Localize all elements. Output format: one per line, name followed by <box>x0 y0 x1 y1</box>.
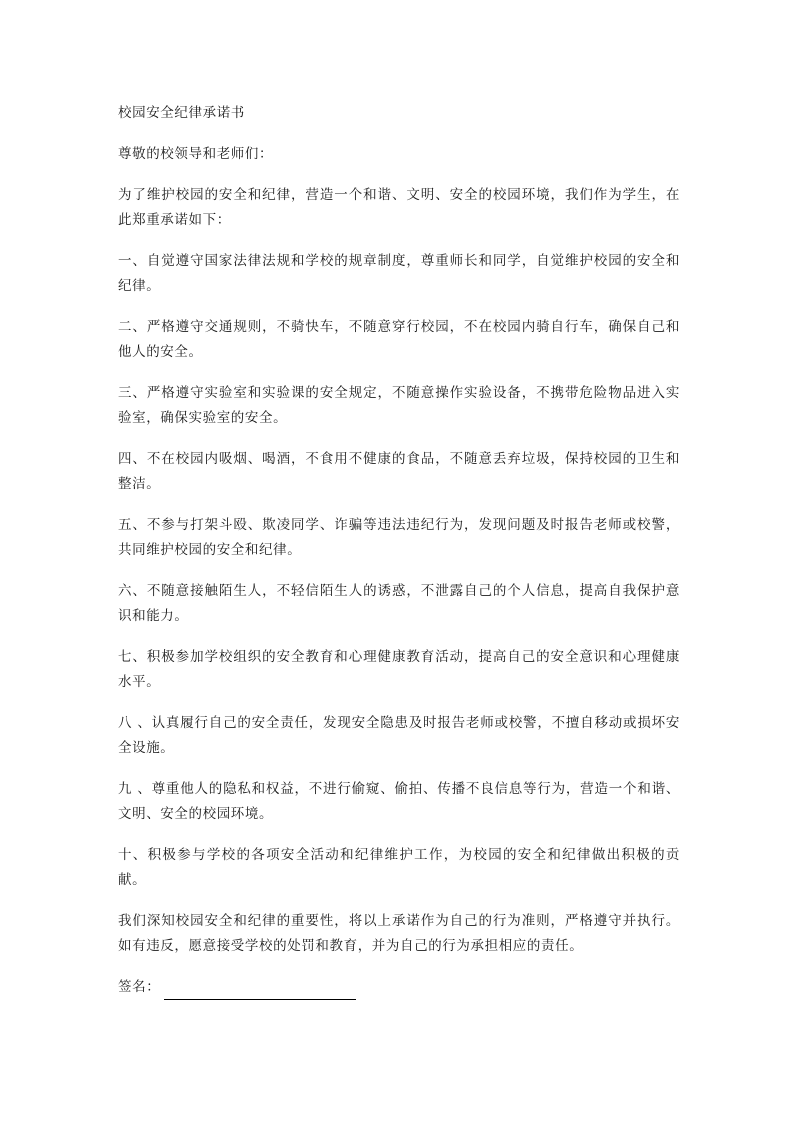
pledge-item-7: 七、积极参加学校组织的安全教育和心理健康教育活动，提高自己的安全意识和心理健康水… <box>118 645 680 695</box>
document-title: 校园安全纪律承诺书 <box>118 101 680 126</box>
pledge-item-2: 二、严格遵守交通规则，不骑快车，不随意穿行校园，不在校园内骑自行车，确保自己和他… <box>118 315 680 365</box>
closing-paragraph: 我们深知校园安全和纪律的重要性，将以上承诺作为自己的行为准则，严格遵守并执行。如… <box>118 909 680 959</box>
pledge-item-4: 四、不在校园内吸烟、喝酒，不食用不健康的食品，不随意丢弃垃圾，保持校园的卫生和整… <box>118 447 680 497</box>
pledge-item-5: 五、不参与打架斗殴、欺凌同学、诈骗等违法违纪行为，发现问题及时报告老师或校警，共… <box>118 513 680 563</box>
pledge-item-3: 三、严格遵守实验室和实验课的安全规定，不随意操作实验设备，不携带危险物品进入实验… <box>118 381 680 431</box>
pledge-item-10: 十、积极参与学校的各项安全活动和纪律维护工作，为校园的安全和纪律做出积极的贡献。 <box>118 843 680 893</box>
pledge-item-8: 八 、认真履行自己的安全责任，发现安全隐患及时报告老师或校警，不擅自移动或损坏安… <box>118 711 680 761</box>
signature-label: 签名： <box>118 975 160 1000</box>
pledge-item-6: 六、不随意接触陌生人，不轻信陌生人的诱惑，不泄露自己的个人信息，提高自我保护意识… <box>118 579 680 629</box>
signature-row: 签名： <box>118 975 680 1000</box>
intro-paragraph: 为了维护校园的安全和纪律，营造一个和谐、文明、安全的校园环境，我们作为学生，在此… <box>118 183 680 233</box>
pledge-item-9: 九 、尊重他人的隐私和权益，不进行偷窥、偷拍、传播不良信息等行为，营造一个和谐、… <box>118 777 680 827</box>
signature-line[interactable] <box>164 981 356 1000</box>
document-page: 校园安全纪律承诺书 尊敬的校领导和老师们： 为了维护校园的安全和纪律，营造一个和… <box>118 101 680 1016</box>
pledge-item-1: 一、自觉遵守国家法律法规和学校的规章制度，尊重师长和同学，自觉维护校园的安全和纪… <box>118 249 680 299</box>
salutation: 尊敬的校领导和老师们： <box>118 142 680 167</box>
